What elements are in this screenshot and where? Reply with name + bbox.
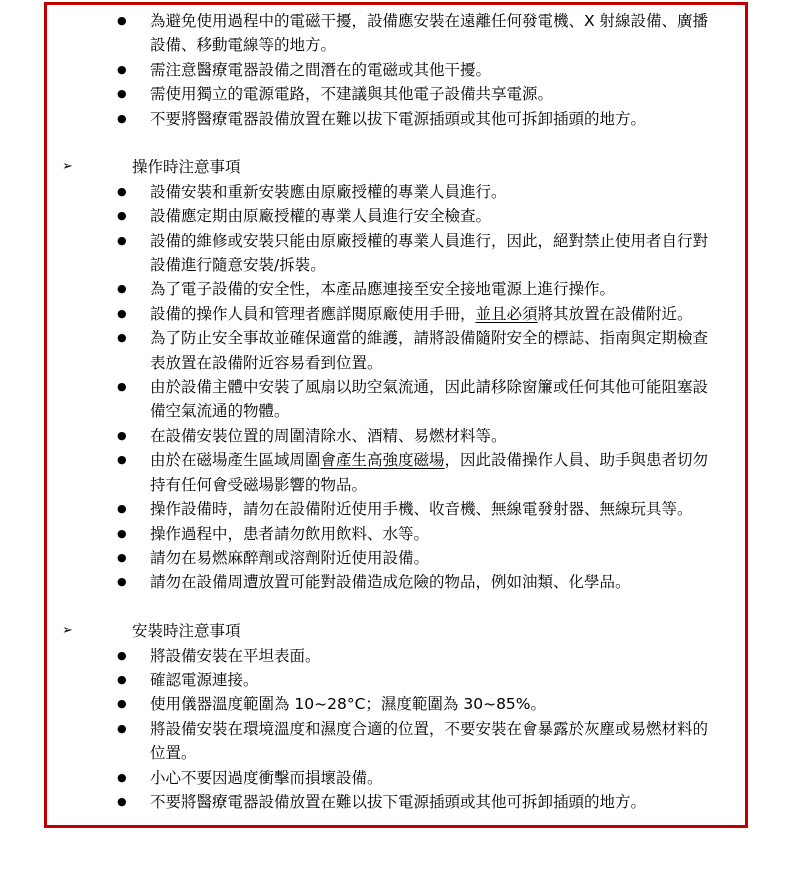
list-item-text: 請勿在易燃麻醉劑或溶劑附近使用設備。 [150, 549, 429, 567]
list-item: ● 操作過程中，患者請勿飲用飲料、水等。 [47, 522, 745, 546]
bullet-icon: ● [117, 326, 127, 350]
list-item-text: 使用儀器溫度範圍為 10~28°C；濕度範圍為 30~85%。 [150, 695, 546, 713]
section-title: 安裝時注意事項 [132, 622, 241, 640]
document-page: ● 為避免使用過程中的電磁干擾，設備應安裝在遠離任何發電機、X 射線設備、廣播設… [0, 0, 791, 880]
underlined-text: 會產生高強度磁場 [321, 451, 445, 469]
bullet-icon: ● [117, 107, 127, 131]
arrow-marker-icon: ➢ [62, 619, 73, 643]
list-item: ● 由於在磁場產生區域周圍會產生高強度磁場，因此設備操作人員、助手與患者切勿持有… [47, 448, 745, 497]
list-item: ● 使用儀器溫度範圍為 10~28°C；濕度範圍為 30~85%。 [47, 692, 745, 716]
bullet-icon: ● [117, 229, 127, 253]
section-header: ➢ 操作時注意事項 [47, 155, 745, 179]
list-item-text: 操作設備時，請勿在設備附近使用手機、收音機、無線電發射器、無線玩具等。 [150, 500, 693, 518]
list-item-text: 不要將醫療電器設備放置在難以拔下電源插頭或其他可拆卸插頭的地方。 [150, 793, 646, 811]
list-item: ● 設備安裝和重新安裝應由原廠授權的專業人員進行。 [47, 180, 745, 204]
list-item-text: 將設備安裝在環境溫度和濕度合適的位置，不要安裝在會暴露於灰塵或易燃材料的位置。 [150, 720, 708, 762]
list-item: ● 需使用獨立的電源電路，不建議與其他電子設備共享電源。 [47, 82, 745, 106]
bullet-icon: ● [117, 180, 127, 204]
list-item: ● 將設備安裝在平坦表面。 [47, 644, 745, 668]
bullet-list: ● 設備安裝和重新安裝應由原廠授權的專業人員進行。 ● 設備應定期由原廠授權的專… [47, 180, 745, 595]
list-item-text: 在設備安裝位置的周圍清除水、酒精、易燃材料等。 [150, 427, 507, 445]
bullet-icon: ● [117, 375, 127, 399]
list-item-text: 為了防止安全事故並確保適當的維護，請將設備隨附安全的標誌、指南與定期檢查表放置在… [150, 329, 708, 371]
list-item-text: 設備的維修或安裝只能由原廠授權的專業人員進行，因此，絕對禁止使用者自行對設備進行… [150, 232, 708, 274]
list-item: ● 為了防止安全事故並確保適當的維護，請將設備隨附安全的標誌、指南與定期檢查表放… [47, 326, 745, 375]
list-item-text: 需使用獨立的電源電路，不建議與其他電子設備共享電源。 [150, 85, 553, 103]
list-item-text: 設備的操作人員和管理者應詳閱原廠使用手冊，並且必須將其放置在設備附近。 [150, 305, 693, 323]
bullet-icon: ● [117, 58, 127, 82]
bullet-icon: ● [117, 790, 127, 814]
list-item: ● 將設備安裝在環境溫度和濕度合適的位置，不要安裝在會暴露於灰塵或易燃材料的位置… [47, 717, 745, 766]
arrow-marker-icon: ➢ [62, 155, 73, 179]
list-item: ● 為了電子設備的安全性，本產品應連接至安全接地電源上進行操作。 [47, 277, 745, 301]
bullet-icon: ● [117, 82, 127, 106]
list-item-text: 不要將醫療電器設備放置在難以拔下電源插頭或其他可拆卸插頭的地方。 [150, 110, 646, 128]
section-operation-precautions: ➢ 操作時注意事項 ● 設備安裝和重新安裝應由原廠授權的專業人員進行。 ● 設備… [47, 155, 745, 594]
bullet-icon: ● [117, 302, 127, 326]
underlined-text: 並且必須 [476, 305, 538, 323]
list-item: ● 操作設備時，請勿在設備附近使用手機、收音機、無線電發射器、無線玩具等。 [47, 497, 745, 521]
list-item: ● 不要將醫療電器設備放置在難以拔下電源插頭或其他可拆卸插頭的地方。 [47, 790, 745, 814]
safety-warning-box: ● 為避免使用過程中的電磁干擾，設備應安裝在遠離任何發電機、X 射線設備、廣播設… [44, 2, 748, 828]
list-item: ● 設備的操作人員和管理者應詳閱原廠使用手冊，並且必須將其放置在設備附近。 [47, 302, 745, 326]
list-item: ● 不要將醫療電器設備放置在難以拔下電源插頭或其他可拆卸插頭的地方。 [47, 107, 745, 131]
list-item: ● 在設備安裝位置的周圍清除水、酒精、易燃材料等。 [47, 424, 745, 448]
bullet-icon: ● [117, 9, 127, 33]
text-segment: 設備的操作人員和管理者應詳閱原廠使用手冊， [150, 305, 476, 323]
list-item-text: 為了電子設備的安全性，本產品應連接至安全接地電源上進行操作。 [150, 280, 615, 298]
list-item: ● 請勿在設備周遭放置可能對設備造成危險的物品，例如油類、化學品。 [47, 570, 745, 594]
bullet-icon: ● [117, 546, 127, 570]
list-item: ● 設備的維修或安裝只能由原廠授權的專業人員進行，因此，絕對禁止使用者自行對設備… [47, 229, 745, 278]
bullet-icon: ● [117, 522, 127, 546]
bullet-list: ● 為避免使用過程中的電磁干擾，設備應安裝在遠離任何發電機、X 射線設備、廣播設… [47, 9, 745, 131]
list-item: ● 小心不要因過度衝擊而損壞設備。 [47, 766, 745, 790]
list-item-text: 需注意醫療電器設備之間潛在的電磁或其他干擾。 [150, 61, 491, 79]
text-segment: 由於在磁場產生區域周圍 [150, 451, 321, 469]
list-item: ● 為避免使用過程中的電磁干擾，設備應安裝在遠離任何發電機、X 射線設備、廣播設… [47, 9, 745, 58]
list-item-text: 設備安裝和重新安裝應由原廠授權的專業人員進行。 [150, 183, 507, 201]
list-item-text: 將設備安裝在平坦表面。 [150, 647, 321, 665]
bullet-icon: ● [117, 204, 127, 228]
bullet-icon: ● [117, 766, 127, 790]
list-item-text: 為避免使用過程中的電磁干擾，設備應安裝在遠離任何發電機、X 射線設備、廣播設備、… [150, 12, 708, 54]
section-title: 操作時注意事項 [132, 158, 241, 176]
bullet-icon: ● [117, 644, 127, 668]
list-item-text: 確認電源連接。 [150, 671, 259, 689]
section-installation-precautions: ➢ 安裝時注意事項 ● 將設備安裝在平坦表面。 ● 確認電源連接。 ● 使用儀器… [47, 619, 745, 814]
list-item-text: 操作過程中，患者請勿飲用飲料、水等。 [150, 525, 429, 543]
bullet-icon: ● [117, 668, 127, 692]
bullet-icon: ● [117, 448, 127, 472]
list-item-text: 設備應定期由原廠授權的專業人員進行安全檢查。 [150, 207, 491, 225]
bullet-icon: ● [117, 424, 127, 448]
bullet-icon: ● [117, 497, 127, 521]
bullet-icon: ● [117, 717, 127, 741]
list-item: ● 由於設備主體中安裝了風扇以助空氣流通，因此請移除窗簾或任何其他可能阻塞設備空… [47, 375, 745, 424]
bullet-list: ● 將設備安裝在平坦表面。 ● 確認電源連接。 ● 使用儀器溫度範圍為 10~2… [47, 644, 745, 815]
section-header: ➢ 安裝時注意事項 [47, 619, 745, 643]
list-item: ● 確認電源連接。 [47, 668, 745, 692]
bullet-icon: ● [117, 277, 127, 301]
bullet-icon: ● [117, 692, 127, 716]
list-item-text: 請勿在設備周遭放置可能對設備造成危險的物品，例如油類、化學品。 [150, 573, 631, 591]
list-item-text: 小心不要因過度衝擊而損壞設備。 [150, 769, 383, 787]
text-segment: 將其放置在設備附近。 [538, 305, 693, 323]
list-item: ● 設備應定期由原廠授權的專業人員進行安全檢查。 [47, 204, 745, 228]
section-emi-precautions: ● 為避免使用過程中的電磁干擾，設備應安裝在遠離任何發電機、X 射線設備、廣播設… [47, 9, 745, 131]
list-item: ● 需注意醫療電器設備之間潛在的電磁或其他干擾。 [47, 58, 745, 82]
bullet-icon: ● [117, 570, 127, 594]
list-item-text: 由於在磁場產生區域周圍會產生高強度磁場，因此設備操作人員、助手與患者切勿持有任何… [150, 451, 708, 493]
list-item: ● 請勿在易燃麻醉劑或溶劑附近使用設備。 [47, 546, 745, 570]
list-item-text: 由於設備主體中安裝了風扇以助空氣流通，因此請移除窗簾或任何其他可能阻塞設備空氣流… [150, 378, 708, 420]
